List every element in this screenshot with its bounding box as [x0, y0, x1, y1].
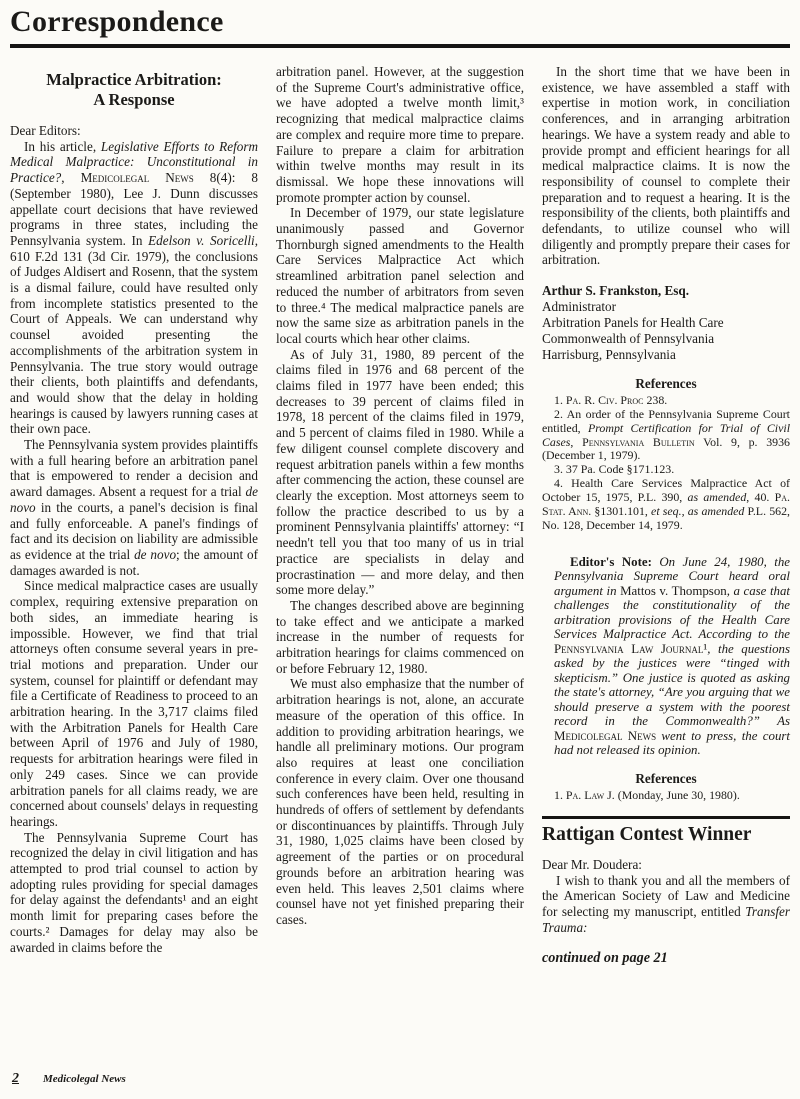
paragraph: In his article, Legislative Efforts to R… [10, 139, 258, 437]
signature-city: Harrisburg, Pennsylvania [542, 347, 790, 363]
letter1-title-line2: A Response [93, 90, 174, 109]
paragraph-continuation: arbitration panel. However, at the sugge… [276, 64, 524, 205]
paragraph: As of July 31, 1980, 89 percent of the c… [276, 347, 524, 598]
reference-item: 4. Health Care Services Malpractice Act … [542, 477, 790, 533]
page-footer: 2Medicolegal News [12, 1069, 126, 1087]
reference-item: 1. Pa. Law J. (Monday, June 30, 1980). [542, 789, 790, 803]
column-1: Malpractice Arbitration: A Response Dear… [10, 64, 258, 966]
paragraph: We must also emphasize that the number o… [276, 676, 524, 927]
journal-name: Medicolegal News [43, 1073, 126, 1085]
letter1-title-line1: Malpractice Arbitration: [46, 70, 222, 89]
letter2-title: Rattigan Contest Winner [542, 824, 790, 846]
paragraph: I wish to thank you and all the members … [542, 873, 790, 936]
reference-item: 2. An order of the Pennsylvania Supreme … [542, 408, 790, 464]
column-layout: Malpractice Arbitration: A Response Dear… [10, 64, 790, 966]
letter1-title: Malpractice Arbitration: A Response [10, 70, 258, 110]
references2-title: References [542, 771, 790, 787]
signature-block: Arthur S. Frankston, Esq. Administrator … [542, 283, 790, 363]
editors-note: Editor's Note: On June 24, 1980, the Pen… [554, 555, 790, 758]
reference-item: 1. Pa. R. Civ. Proc 238. [542, 394, 790, 408]
signature-title: Administrator [542, 299, 790, 315]
references1-title: References [542, 376, 790, 392]
references1-list: 1. Pa. R. Civ. Proc 238. 2. An order of … [542, 394, 790, 533]
reference-item: 3. 37 Pa. Code §171.123. [542, 463, 790, 477]
paragraph: The Pennsylvania system provides plainti… [10, 437, 258, 578]
salutation-editors: Dear Editors: [10, 123, 258, 139]
salutation-doudera: Dear Mr. Doudera: [542, 857, 790, 873]
column-2: arbitration panel. However, at the sugge… [276, 64, 524, 966]
journal-page: Correspondence Malpractice Arbitration: … [0, 0, 800, 966]
paragraph: In the short time that we have been in e… [542, 64, 790, 268]
references2-list: 1. Pa. Law J. (Monday, June 30, 1980). [542, 789, 790, 803]
paragraph: In December of 1979, our state legislatu… [276, 205, 524, 346]
page-number: 2 [12, 1071, 19, 1086]
signature-name: Arthur S. Frankston, Esq. [542, 283, 790, 299]
editors-note-text: Editor's Note: On June 24, 1980, the Pen… [554, 555, 790, 758]
signature-region: Commonwealth of Pennsylvania [542, 331, 790, 347]
section-title: Correspondence [10, 6, 790, 38]
paragraph: The Pennsylvania Supreme Court has recog… [10, 830, 258, 956]
header-rule [10, 44, 790, 48]
signature-org: Arbitration Panels for Health Care [542, 315, 790, 331]
column-3: In the short time that we have been in e… [542, 64, 790, 966]
continued-on-page-note: continued on page 21 [542, 951, 790, 967]
paragraph: The changes described above are beginnin… [276, 598, 524, 677]
section-divider-rule [542, 816, 790, 820]
paragraph: Since medical malpractice cases are usua… [10, 578, 258, 829]
